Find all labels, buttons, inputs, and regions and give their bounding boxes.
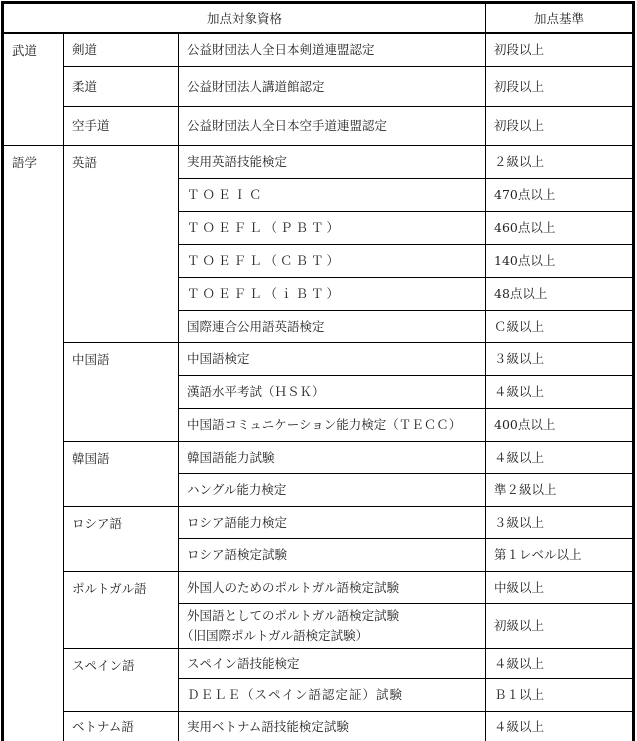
qualification-cell: ＴＯＥＦＬ（ＰＢＴ）: [179, 212, 485, 244]
qualification-cell: ロシア語検定試験: [179, 539, 485, 571]
header-qualification: 加点対象資格: [4, 4, 485, 33]
qualification-note: （旧国際ポルトガル語検定試験）: [181, 626, 368, 646]
group-vietnamese: ベトナム語: [64, 712, 178, 741]
criteria-cell: 400点以上: [486, 409, 632, 441]
category-gogaku: 語学: [4, 146, 63, 176]
qualification-cell: 韓国語能力試験: [179, 442, 485, 473]
category-budo: 武道: [4, 34, 63, 145]
group-portuguese: ポルトガル語: [64, 572, 178, 602]
qualification-cell: 中国語コミュニケーション能力検定（ＴＥＣＣ）: [179, 409, 485, 441]
group-chinese: 中国語: [64, 343, 178, 373]
criteria-cell: ４級以上: [486, 442, 632, 473]
criteria-cell: ４級以上: [486, 649, 632, 678]
qualification-cell: ＴＯＥＦＬ（ＣＢＴ）: [179, 245, 485, 277]
qualification-cell: ＤＥＬＥ（スペイン語認定証）試験: [179, 679, 485, 711]
qualification-cell: 国際連合公用語英語検定: [179, 311, 485, 342]
qualification-main: 外国語としてのポルトガル語検定試験: [187, 606, 399, 626]
criteria-cell: 140点以上: [486, 245, 632, 277]
criteria-cell: 初段以上: [486, 34, 632, 66]
criteria-cell: 470点以上: [486, 179, 632, 211]
criteria-cell: 初段以上: [486, 67, 632, 106]
criteria-cell: ４級以上: [486, 376, 632, 408]
qualification-cell-two-line: 外国語としてのポルトガル語検定試験 （旧国際ポルトガル語検定試験）: [179, 604, 485, 648]
criteria-cell: 初段以上: [486, 107, 632, 145]
qualification-cell: 中国語検定: [179, 343, 485, 375]
criteria-cell: ３級以上: [486, 507, 632, 538]
qualification-cell: ロシア語能力検定: [179, 507, 485, 538]
qualification-cell: 実用英語技能検定: [179, 146, 485, 178]
group-kendo: 剣道: [64, 34, 178, 66]
criteria-cell: 第１レベル以上: [486, 539, 632, 571]
group-russian: ロシア語: [64, 507, 178, 537]
criteria-cell: ２級以上: [486, 146, 632, 178]
table-border-right: [632, 1, 635, 741]
group-korean: 韓国語: [64, 442, 178, 472]
criteria-cell: 48点以上: [486, 278, 632, 310]
criteria-cell: ４級以上: [486, 712, 632, 741]
criteria-cell: 初級以上: [486, 604, 632, 648]
qualification-table: 加点対象資格 加点基準 武道 語学 剣道 公益財団法人全日本剣道連盟認定 初段以…: [0, 0, 637, 741]
criteria-cell: 準２級以上: [486, 474, 632, 506]
header-criteria: 加点基準: [486, 4, 632, 33]
group-spanish: スペイン語: [64, 649, 178, 678]
criteria-cell: 460点以上: [486, 212, 632, 244]
group-karate: 空手道: [64, 107, 178, 145]
qualification-cell: 漢語水平考試（ＨＳＫ）: [179, 376, 485, 408]
qualification-cell: 外国人のためのポルトガル語検定試験: [179, 572, 485, 603]
group-english: 英語: [64, 146, 178, 176]
qualification-cell: ハングル能力検定: [179, 474, 485, 506]
qualification-cell: スペイン語技能検定: [179, 649, 485, 678]
criteria-cell: Ｂ１以上: [486, 679, 632, 711]
qualification-cell: ＴＯＥＦＬ（ｉＢＴ）: [179, 278, 485, 310]
qualification-cell: 公益財団法人全日本空手道連盟認定: [179, 107, 485, 145]
qualification-cell: 実用ベトナム語技能検定試験: [179, 712, 485, 741]
criteria-cell: Ｃ級以上: [486, 311, 632, 342]
qualification-cell: 公益財団法人全日本剣道連盟認定: [179, 34, 485, 66]
group-judo: 柔道: [64, 67, 178, 106]
criteria-cell: ３級以上: [486, 343, 632, 375]
qualification-cell: 公益財団法人講道館認定: [179, 67, 485, 106]
criteria-cell: 中級以上: [486, 572, 632, 603]
qualification-cell: ＴＯＥＩＣ: [179, 179, 485, 211]
